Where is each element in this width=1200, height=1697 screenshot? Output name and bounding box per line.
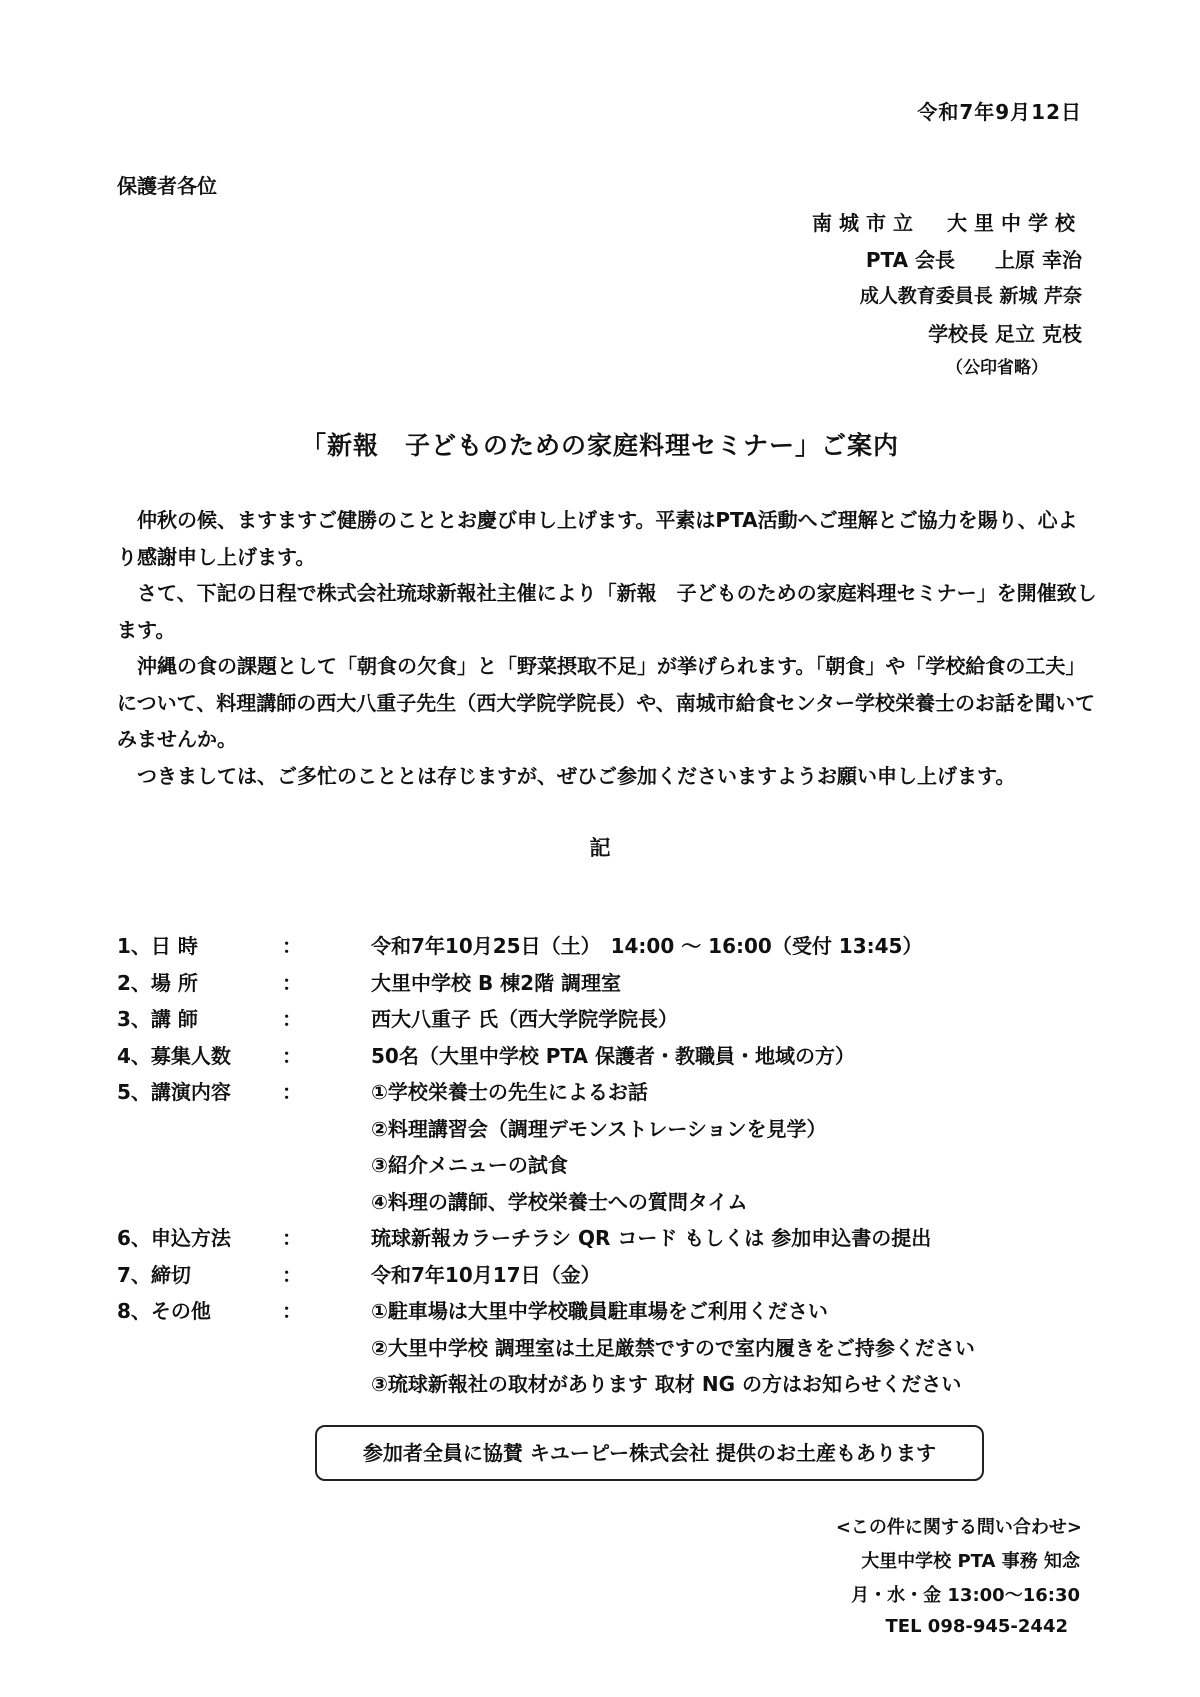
body-paragraph: つきましては、ご多忙のこととは存じますが、ぜひご参加くださいますようお願い申し上… — [117, 758, 1097, 795]
document-title: 「新報 子どものための家庭料理セミナー」ご案内 — [0, 426, 1200, 462]
ki-heading: 記 — [0, 832, 1200, 862]
detail-row-content: 5、講演内容 ： ①学校栄養士の先生によるお話 — [117, 1074, 975, 1111]
detail-value: ②料理講習会（調理デモンストレーションを見学） — [371, 1111, 827, 1148]
sender-committee-chair: 成人教育委員長 新城 芹奈 — [860, 281, 1082, 308]
detail-colon: ： — [282, 1257, 371, 1294]
addressee: 保護者各位 — [117, 170, 217, 199]
detail-value: ④料理の講師、学校栄養士への質問タイム — [371, 1184, 748, 1221]
detail-row-deadline: 7、締切 ： 令和7年10月17日（金） — [117, 1257, 975, 1294]
contact-office: 大里中学校 PTA 事務 知念 — [861, 1547, 1080, 1573]
sender-school: 南城市立 大里中学校 — [812, 207, 1082, 236]
detail-colon: ： — [282, 1038, 371, 1075]
detail-value: 令和7年10月17日（金） — [371, 1257, 601, 1294]
contact-heading: <この件に関する問い合わせ> — [836, 1513, 1082, 1539]
document-date: 令和7年9月12日 — [917, 96, 1082, 125]
sender-pta-president: PTA 会長 上原 幸治 — [866, 244, 1082, 273]
detail-label: 8、その他 — [117, 1293, 282, 1330]
detail-colon: ： — [282, 1074, 371, 1111]
detail-row-content-cont: ④料理の講師、学校栄養士への質問タイム — [117, 1184, 975, 1221]
body-paragraph: 仲秋の候、ますますご健勝のこととお慶び申し上げます。平素はPTA活動へご理解とご… — [117, 502, 1097, 575]
detail-row-application: 6、申込方法 ： 琉球新報カラーチラシ QR コード もしくは 参加申込書の提出 — [117, 1220, 975, 1257]
detail-value: ③紹介メニューの試食 — [371, 1147, 568, 1184]
detail-value: 50名（大里中学校 PTA 保護者・教職員・地域の方） — [371, 1038, 855, 1075]
gift-notice-box: 参加者全員に協賛 キユーピー株式会社 提供のお土産もあります — [315, 1425, 984, 1481]
seal-note: （公印省略） — [946, 353, 1048, 378]
detail-value: 琉球新報カラーチラシ QR コード もしくは 参加申込書の提出 — [371, 1220, 931, 1257]
detail-label: 3、講 師 — [117, 1001, 282, 1038]
details-list: 1、日 時 ： 令和7年10月25日（土） 14:00 ～ 16:00（受付 1… — [117, 928, 975, 1403]
detail-value: ①学校栄養士の先生によるお話 — [371, 1074, 648, 1111]
detail-label: 4、募集人数 — [117, 1038, 282, 1075]
detail-row-content-cont: ③紹介メニューの試食 — [117, 1147, 975, 1184]
detail-value: ①駐車場は大里中学校職員駐車場をご利用ください — [371, 1293, 828, 1330]
detail-row-other: 8、その他 ： ①駐車場は大里中学校職員駐車場をご利用ください — [117, 1293, 975, 1330]
detail-row-other-cont: ②大里中学校 調理室は土足厳禁ですので室内履きをご持参ください — [117, 1330, 975, 1367]
detail-row-lecturer: 3、講 師 ： 西大八重子 氏（西大学院学院長） — [117, 1001, 975, 1038]
detail-value: 令和7年10月25日（土） 14:00 ～ 16:00（受付 13:45） — [371, 928, 922, 965]
detail-label: 1、日 時 — [117, 928, 282, 965]
body-paragraph: さて、下記の日程で株式会社琉球新報社主催により「新報 子どものための家庭料理セミ… — [117, 575, 1097, 648]
sender-principal: 学校長 足立 克枝 — [928, 318, 1082, 347]
detail-row-other-cont: ③琉球新報社の取材があります 取材 NG の方はお知らせください — [117, 1366, 975, 1403]
detail-value: 大里中学校 B 棟2階 調理室 — [371, 965, 621, 1002]
detail-value: 西大八重子 氏（西大学院学院長） — [371, 1001, 678, 1038]
detail-label: 7、締切 — [117, 1257, 282, 1294]
detail-colon: ： — [282, 1293, 371, 1330]
contact-tel: TEL 098-945-2442 — [886, 1616, 1069, 1637]
detail-colon: ： — [282, 965, 371, 1002]
detail-value: ②大里中学校 調理室は土足厳禁ですので室内履きをご持参ください — [371, 1330, 975, 1367]
detail-colon: ： — [282, 1220, 371, 1257]
detail-row-content-cont: ②料理講習会（調理デモンストレーションを見学） — [117, 1111, 975, 1148]
contact-hours: 月・水・金 13:00～16:30 — [851, 1581, 1080, 1607]
detail-value: ③琉球新報社の取材があります 取材 NG の方はお知らせください — [371, 1366, 961, 1403]
detail-colon: ： — [282, 1001, 371, 1038]
detail-row-capacity: 4、募集人数 ： 50名（大里中学校 PTA 保護者・教職員・地域の方） — [117, 1038, 975, 1075]
detail-colon: ： — [282, 928, 371, 965]
detail-label: 6、申込方法 — [117, 1220, 282, 1257]
detail-label: 2、場 所 — [117, 965, 282, 1002]
detail-row-venue: 2、場 所 ： 大里中学校 B 棟2階 調理室 — [117, 965, 975, 1002]
detail-label: 5、講演内容 — [117, 1074, 282, 1111]
body-text: 仲秋の候、ますますご健勝のこととお慶び申し上げます。平素はPTA活動へご理解とご… — [117, 502, 1097, 794]
body-paragraph: 沖縄の食の課題として「朝食の欠食」と「野菜摂取不足」が挙げられます。「朝食」や「… — [117, 648, 1097, 758]
detail-row-datetime: 1、日 時 ： 令和7年10月25日（土） 14:00 ～ 16:00（受付 1… — [117, 928, 975, 965]
